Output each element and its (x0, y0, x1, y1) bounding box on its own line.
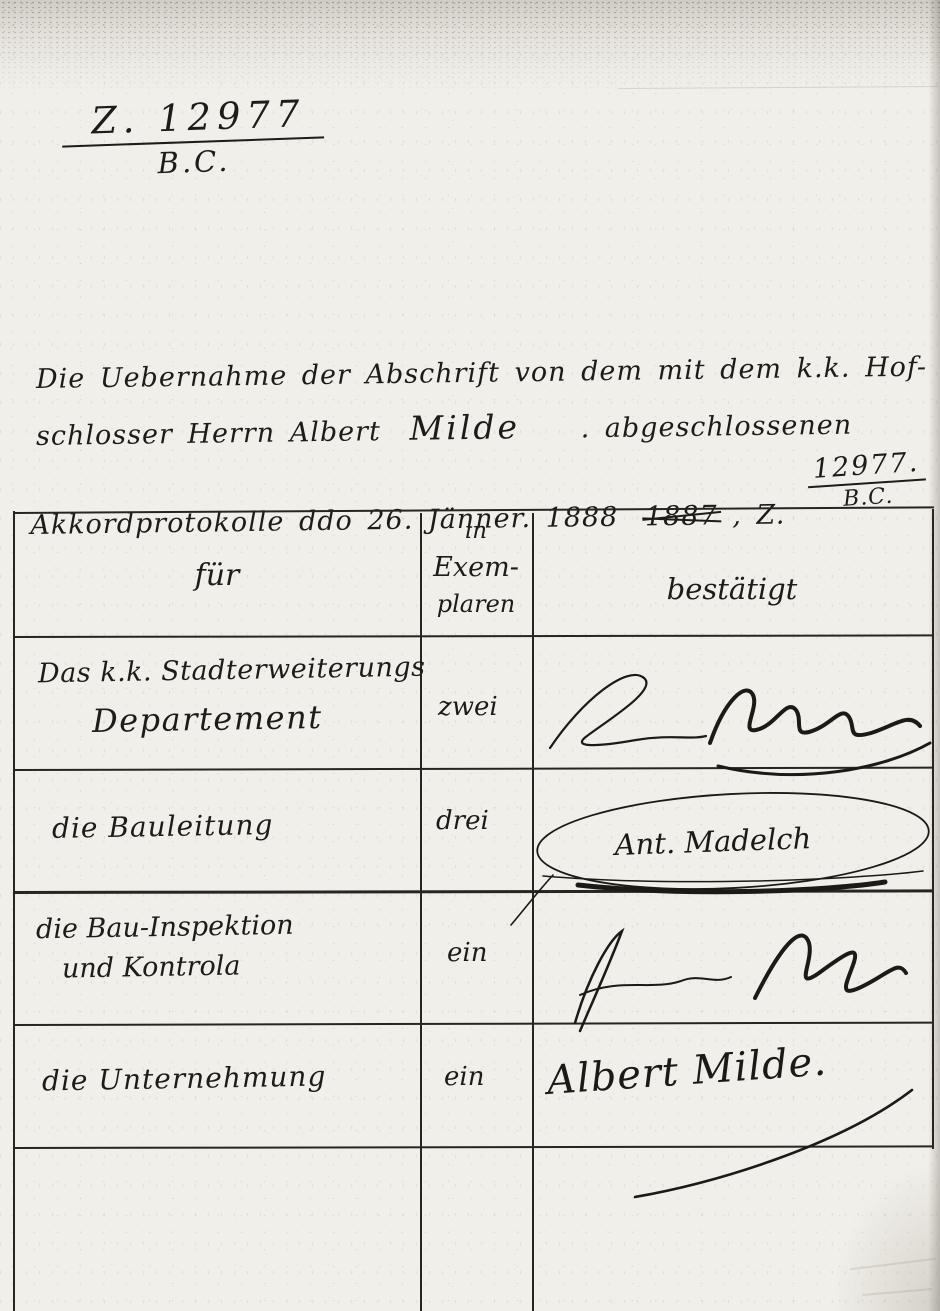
scanned-document-page: Z. 12977 B.C. Die Uebernahme der Abschri… (0, 0, 940, 1311)
table-rule-header-bottom (14, 634, 934, 638)
row1-for-line2: Departement (92, 698, 323, 740)
row4-signature: Albert Milde. (540, 1032, 940, 1202)
intro-line-2-text: schlosser Herrn Albert (36, 416, 381, 452)
header-confirmed: bestätigt (533, 572, 931, 606)
header-copies-line1: in (421, 518, 531, 544)
table-border-left (13, 511, 15, 1311)
row1-copies: zwei (438, 692, 498, 722)
struck-year: 1887 (645, 500, 718, 532)
row4-copies: ein (444, 1062, 484, 1092)
row2-for-line1: die Bauleitung (52, 808, 274, 845)
row4-signature-text: Albert Milde. (541, 1039, 828, 1105)
contractor-name: Milde (409, 407, 520, 448)
row3-signature (530, 903, 930, 1038)
scan-noise-top-band (0, 0, 940, 100)
intro-line-1: Die Uebernahme der Abschrift von dem mit… (36, 352, 927, 395)
intro-line-2-tail: . abgeschlossenen (580, 410, 852, 445)
table-divider-1 (420, 513, 422, 1311)
header-copies-line2: Exem- (421, 552, 531, 583)
row1-signature (540, 648, 932, 798)
intro-line-3-z: , Z. (732, 499, 785, 531)
row3-copies: ein (447, 938, 487, 968)
header-for: für (14, 558, 420, 593)
row3-for-line1: die Bau-Inspektion (36, 910, 294, 945)
row2-signature-text: Ant. Madelch (611, 821, 812, 862)
row1-for-line1: Das k.k. Stadterweiterungs (38, 652, 426, 690)
file-reference: Z. 12977 B.C. (61, 91, 326, 183)
reference-office: B.C. (62, 138, 325, 183)
row4-for-line1: die Unternehmung (42, 1060, 327, 1098)
row3-for-line2: und Kontrola (62, 950, 241, 984)
intro-line-2: schlosser Herrn Albert Milde . abgeschlo… (36, 403, 853, 453)
reference-fraction: 12977.B.C. (806, 446, 928, 514)
row2-copies: drei (436, 806, 489, 836)
header-copies-line3: plaren (421, 590, 531, 618)
